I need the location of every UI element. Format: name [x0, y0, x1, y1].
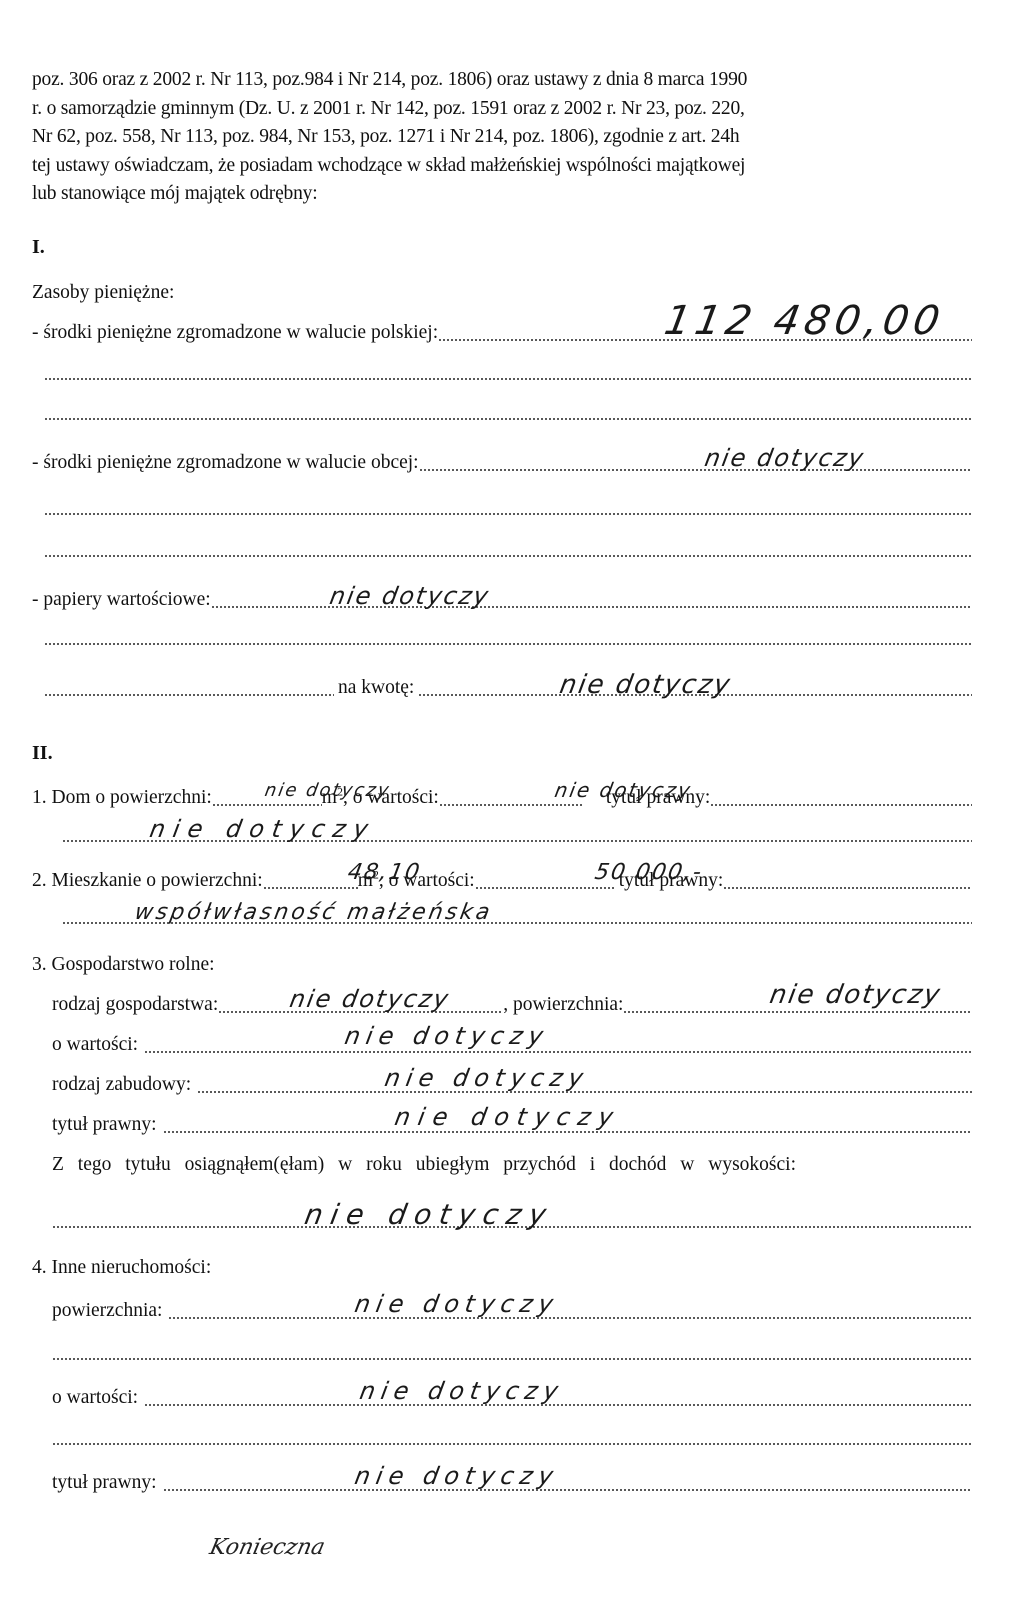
foreign-funds-label: - środki pieniężne zgromadzone w walucie…	[32, 450, 419, 476]
farm-type-value: nie dotyczy	[288, 985, 453, 1013]
securities-label: - papiery wartościowe:	[32, 587, 211, 613]
blank-line	[44, 555, 972, 557]
other-value-value: nie dotyczy	[358, 1377, 567, 1405]
section-1-heading: I.	[32, 236, 45, 259]
other-area-value: nie dotyczy	[353, 1290, 562, 1318]
flat-area-value: 48,10	[346, 860, 423, 885]
blank-line	[52, 1443, 972, 1445]
pln-funds-value: 112 480,00	[661, 298, 948, 344]
intro-line: Nr 62, poz. 558, Nr 113, poz. 984, Nr 15…	[32, 123, 982, 152]
blank-line	[44, 418, 972, 420]
house-title-value: nie dotyczy	[148, 815, 379, 843]
intro-paragraph: poz. 306 oraz z 2002 r. Nr 113, poz.984 …	[32, 66, 982, 209]
foreign-funds-value: nie dotyczy	[703, 444, 868, 472]
farm-buildings-value: nie dotyczy	[383, 1064, 592, 1092]
farm-heading: 3. Gospodarstwo rolne:	[32, 952, 215, 978]
securities-value: nie dotyczy	[328, 582, 493, 610]
flat-row[interactable]: 2. Mieszkanie o powierzchni: m2 , o wart…	[32, 868, 972, 894]
pln-funds-label: - środki pieniężne zgromadzone w walucie…	[32, 320, 438, 346]
intro-line: poz. 306 oraz z 2002 r. Nr 113, poz.984 …	[32, 66, 982, 95]
farm-income-value: nie dotyczy	[302, 1198, 557, 1231]
intro-line: lub stanowiące mój majątek odrębny:	[32, 180, 982, 209]
farm-income-label-row: Z tego tytułu osiągnąłem(ęłam) w roku ub…	[52, 1152, 972, 1178]
declaration-page: poz. 306 oraz z 2002 r. Nr 113, poz.984 …	[0, 0, 1024, 1616]
intro-line: r. o samorządzie gminnym (Dz. U. z 2001 …	[32, 95, 982, 124]
house-row[interactable]: 1. Dom o powierzchni: m2 , o wartości: t…	[32, 785, 972, 811]
other-title-value: nie dotyczy	[353, 1462, 562, 1490]
blank-line	[52, 1358, 972, 1360]
intro-line: tej ustawy oświadczam, że posiadam wchod…	[32, 152, 982, 181]
farm-area-value: nie dotyczy	[767, 980, 944, 1010]
house-area-value: nie dotyczy	[263, 780, 392, 801]
securities-amount-field[interactable]: na kwotę:	[44, 675, 972, 701]
flat-title-value: współwłasność małżeńska	[133, 900, 495, 925]
signature: Konieczna	[207, 1535, 327, 1560]
blank-line	[44, 378, 972, 380]
farm-title-value: nie dotyczy	[393, 1103, 624, 1131]
blank-line	[44, 643, 972, 645]
securities-amount-value: nie dotyczy	[557, 670, 734, 700]
section-1-subtitle: Zasoby pieniężne:	[32, 280, 174, 306]
securities-amount-label: na kwotę:	[338, 675, 414, 701]
section-2-heading: II.	[32, 742, 53, 765]
flat-value: 50 000,-	[593, 860, 705, 885]
house-value: nie dotyczy	[553, 778, 694, 802]
blank-line	[44, 513, 972, 515]
farm-value-value: nie dotyczy	[343, 1022, 552, 1050]
other-property-heading: 4. Inne nieruchomości:	[32, 1255, 211, 1281]
securities-field[interactable]: - papiery wartościowe:	[32, 587, 972, 613]
